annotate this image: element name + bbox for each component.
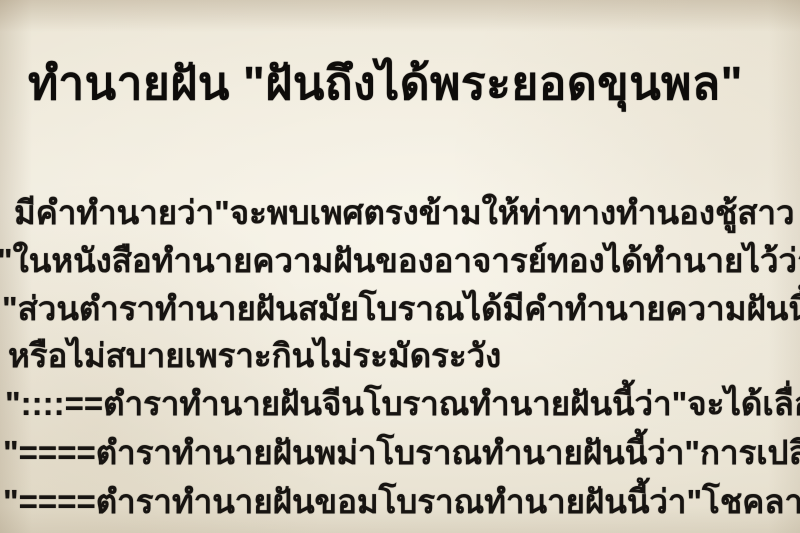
page-title: ทำนายฝัน "ฝันถึงได้พระยอดขุนพล": [28, 47, 743, 120]
body-text-line: หรือไม่สบายเพราะกินไม่ระมัดระวัง: [8, 329, 501, 382]
body-text-line: "====ตำราทำนายฝันขอมโบราณทำนายฝันนี้ว่า"…: [3, 475, 800, 528]
dream-interpretation-page: ทำนายฝัน "ฝันถึงได้พระยอดขุนพล" มีคำทำนา…: [0, 0, 800, 533]
body-text-line: มีคำทำนายว่า"จะพบเพศตรงข้ามให้ท่าทางทำนอ…: [14, 186, 795, 239]
body-text-line: "::::==ตำราทำนายฝันจีนโบราณทำนายฝันนี้ว่…: [5, 377, 800, 430]
body-text-line: "====ตำราทำนายฝันพม่าโบราณทำนายฝันนี้ว่า…: [3, 426, 800, 479]
body-text-line: "ส่วนตำราทำนายฝันสมัยโบราณได้มีคำทำนายคว…: [2, 282, 800, 335]
body-text-line: "ในหนังสือทำนายความฝันของอาจารย์ทองได้ทำ…: [0, 234, 800, 287]
